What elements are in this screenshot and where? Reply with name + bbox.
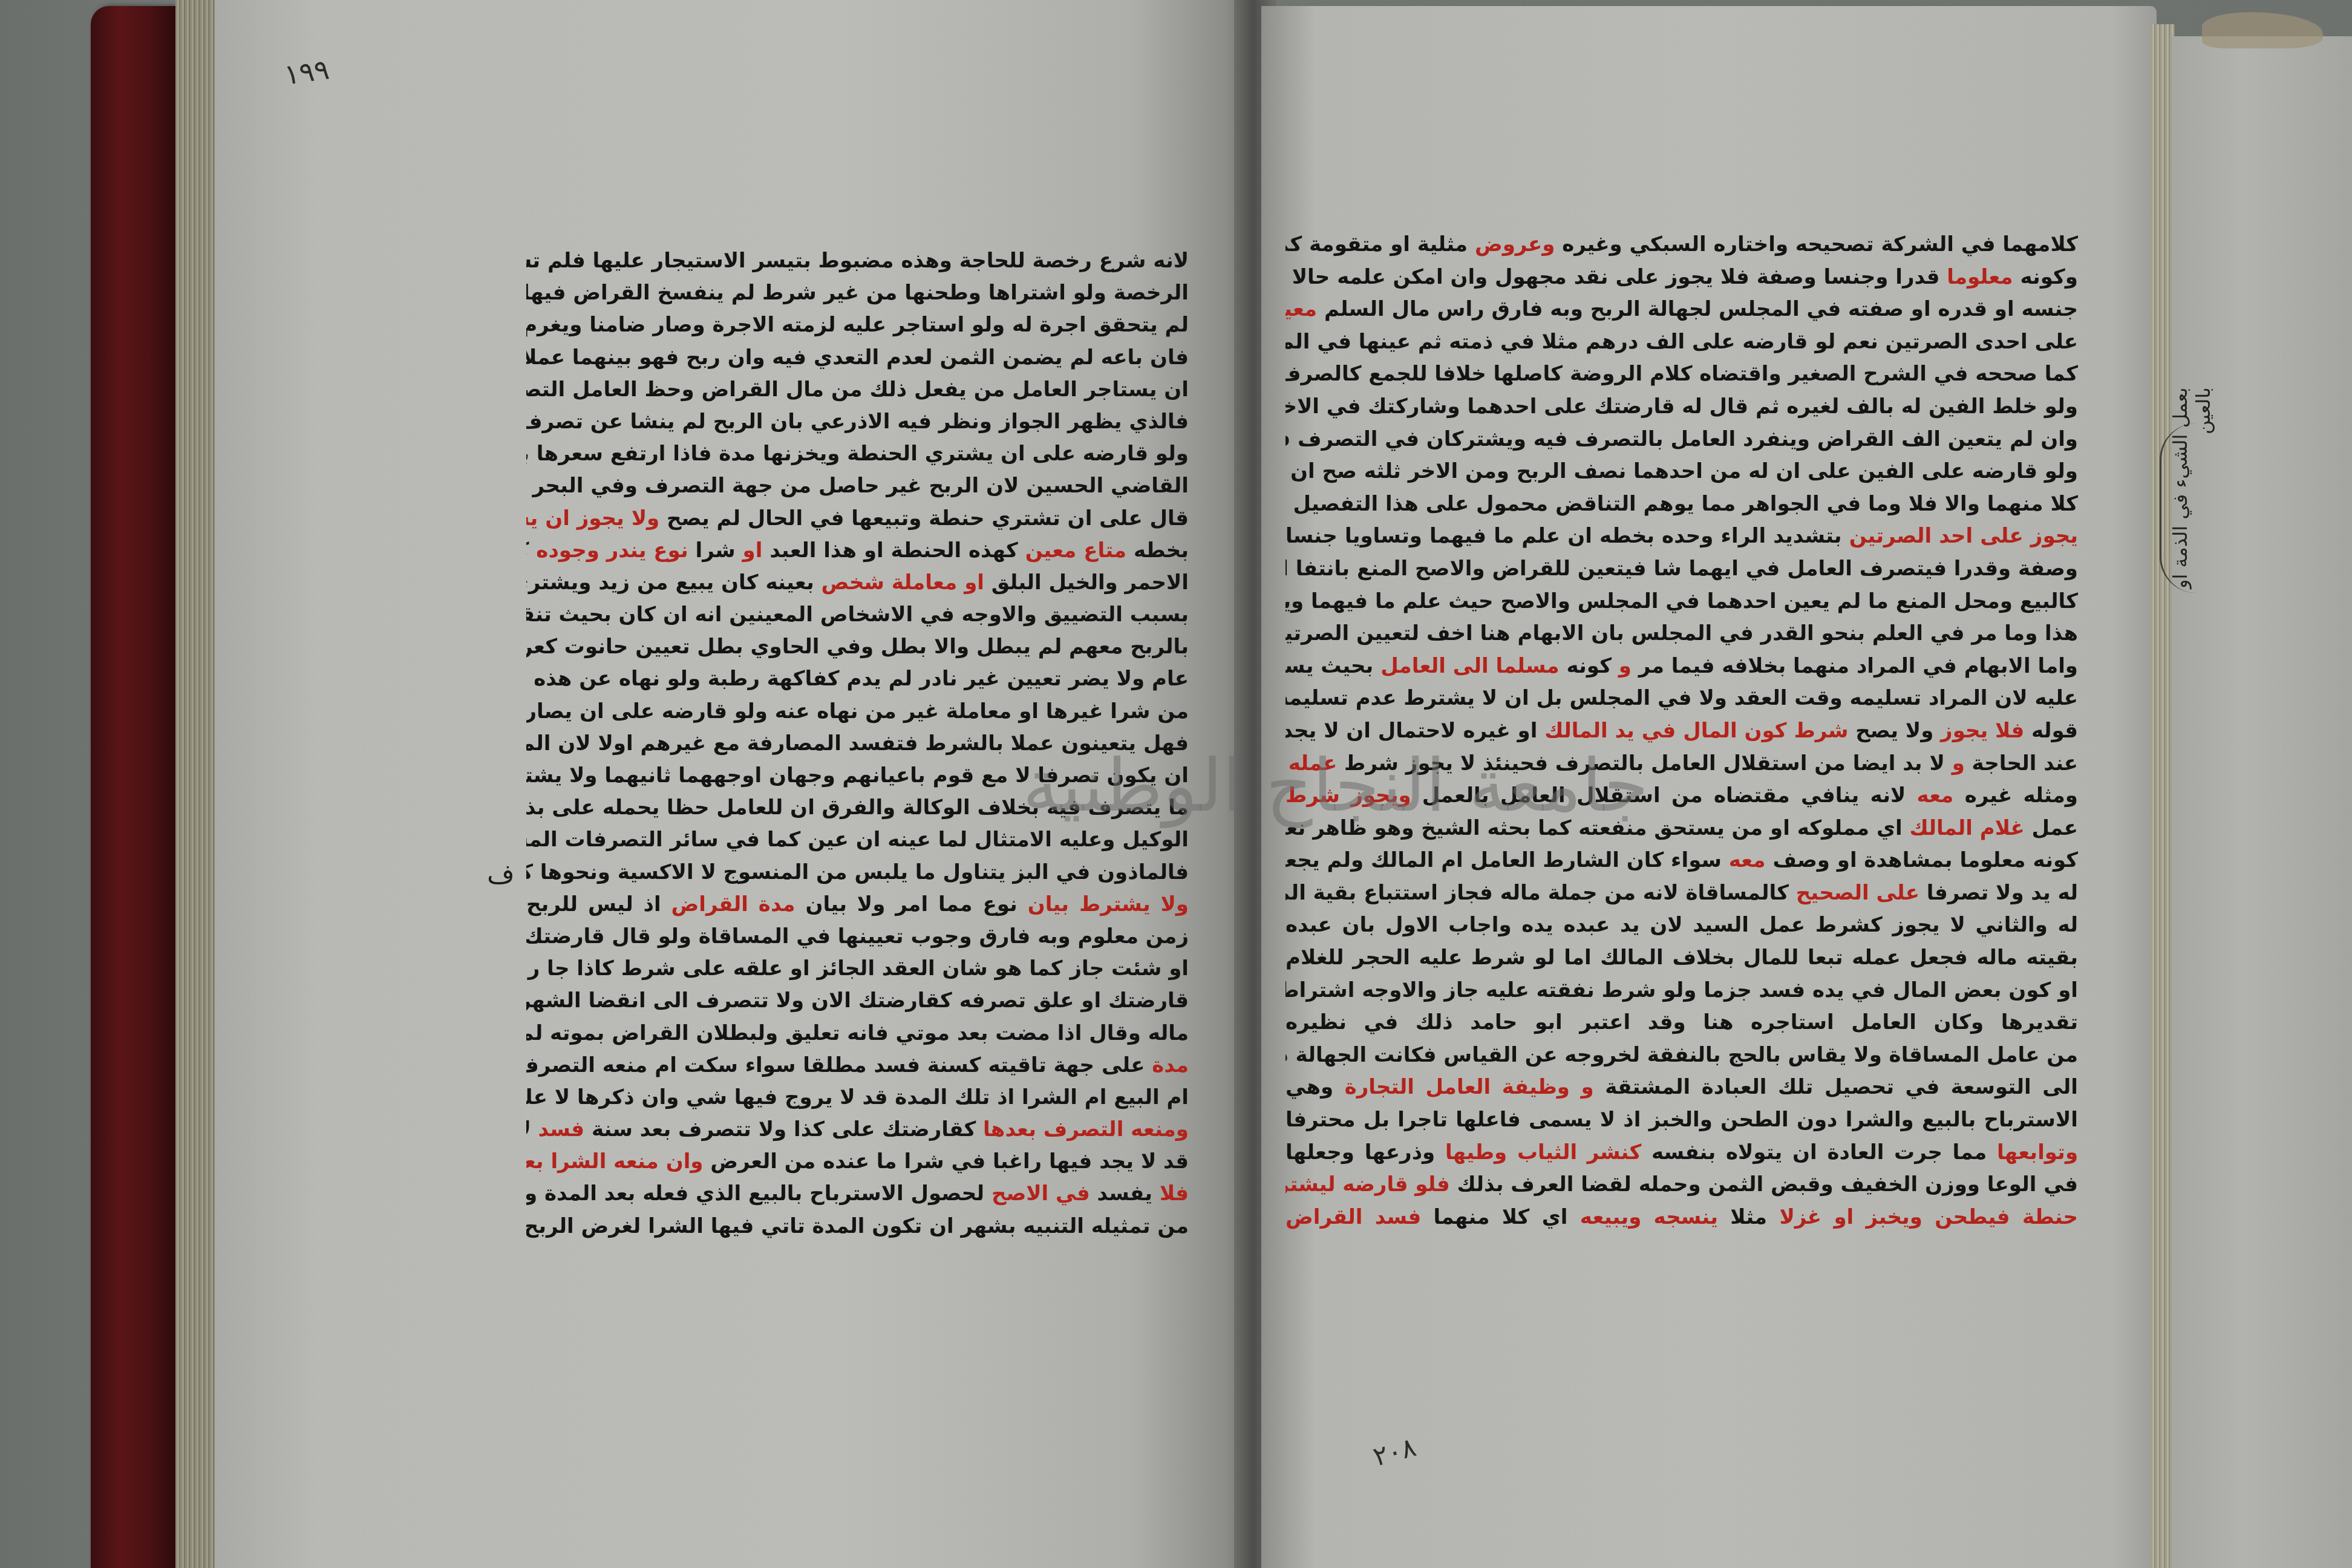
manuscript-line: قارضتك او علق تصرفه كقارضتك الان ولا تتص… [526,985,1189,1017]
body-text: قدرا وجنسا وصفة فلا يجوز على نقد مجهول و… [1285,265,1947,289]
manuscript-line: له والثاني لا يجوز كشرط عمل السيد لان يد… [1285,909,2078,942]
rubricated-text: في الاصح [991,1181,1090,1206]
rubricated-text: مدة [1152,1053,1189,1077]
manuscript-line: بخطه متاع معين كهذه الحنطة او هذا العبد … [526,535,1189,567]
body-text: وصفة وقدرا فيتصرف العامل في ايهما شا فيت… [1285,557,2078,581]
manuscript-line: زمن معلوم وبه فارق وجوب تعيينها في المسا… [526,921,1189,953]
rubricated-text: معلوما [1947,265,2013,289]
body-text: هذا وما مر في العلم بنحو القدر في المجلس… [1285,621,2078,645]
rubricated-text: و [1619,654,1632,678]
manuscript-line: ولو قارضه على الفين على ان له من احدهما … [1285,456,2078,488]
rubricated-text: كنشر الثياب وطيها [1445,1140,1641,1165]
body-text: ولا يصح [1848,719,1941,743]
body-text: قد لا يجد فيها راغبا في شرا ما عنده من ا… [704,1149,1189,1174]
body-text: على جهة تاقيته كسنة فسد مطلقا سواء سكت ا… [526,1053,1152,1077]
rubricated-text: وتوابعها [1997,1140,2078,1165]
folio-number-left: ١٩٩ [283,53,332,91]
rubricated-text: فسد [538,1117,585,1142]
rubricated-text: ولا يجوز ان يشترط عليه شرا [526,506,659,531]
body-text: كالبيع ومحل المنع ما لم يعين احدهما في ا… [1285,589,2078,613]
body-text: ومثله غيره [1953,783,2078,808]
manuscript-line: جنسه او قدره او صفته في المجلس لجهالة ال… [1285,293,2078,326]
body-text: الوكيل وعليه الامتثال لما عينه ان عين كم… [526,828,1189,852]
rubricated-text: او [743,538,763,563]
body-text: بقيته ماله فجعل عمله تبعا للمال بخلاف ال… [1285,946,2078,970]
rubricated-text: وان منعه الشرا بعدها [526,1149,704,1174]
body-text: جنسه او قدره او صفته في المجلس لجهالة ال… [1317,297,2078,321]
manuscript-line: الى التوسعة في تحصيل تلك العبادة المشتقة… [1285,1071,2078,1104]
manuscript-line: فان باعه لم يضمن الثمن لعدم التعدي فيه و… [526,342,1189,374]
body-text: مثلية او متقومة كما مر [1285,232,1475,256]
manuscript-line: القاضي الحسين لان الربح غير حاصل من جهة … [526,470,1189,502]
body-text: سواء كان الشارط العامل ام المالك ولم يجع… [1285,848,1729,872]
body-text: اي كلا منهما [1421,1205,1580,1229]
manuscript-line: قد لا يجد فيها راغبا في شرا ما عنده من ا… [526,1146,1189,1178]
body-text: كلامهما في الشركة تصحيحه واختاره السبكي … [1555,232,2078,256]
manuscript-line: حنطة فيطحن ويخبز او غزلا مثلا ينسجه ويبي… [1285,1201,2078,1234]
manuscript-line: الوكيل وعليه الامتثال لما عينه ان عين كم… [526,824,1189,856]
manuscript-line: على احدى الصرتين نعم لو قارضه على الف در… [1285,326,2078,359]
rubricated-text: ولا يشترط بيان [1028,892,1189,916]
manuscript-line: او كون بعض المال في يده فسد جزما ولو شرط… [1285,975,2078,1007]
rubricated-text: و [1581,1075,1594,1099]
manuscript-line: ولو خلط الفين له بالف لغيره ثم قال له قا… [1285,391,2078,423]
manuscript-line: ومنعه التصرف بعدها كقارضتك على كذا ولا ت… [526,1114,1189,1146]
rubricated-text: ومنعه التصرف بعدها [983,1117,1189,1142]
body-text: عمل [2025,816,2078,840]
body-text: واما الابهام في المراد منهما بخلافه فيما… [1632,654,2078,678]
body-text: عند الحاجة [1965,751,2078,776]
rubricated-text: غلام المالك [1910,816,2025,840]
body-text: كونه [1560,654,1619,678]
right-page-text-block: كلامهما في الشركة تصحيحه واختاره السبكي … [1285,229,2078,1233]
manuscript-line: بسبب التضييق والاوجه في الاشخاص المعينين… [526,599,1189,631]
rubricated-text: فلا [1160,1181,1189,1206]
rubricated-text: فلا يجوز [1941,719,2024,743]
manuscript-line: له يد ولا تصرفا على الصحيح كالمساقاة لان… [1285,877,2078,910]
body-text: بحيث يستقل بيده [1285,654,1380,678]
body-text: قوله [2024,719,2078,743]
body-text: كونه معلوما بمشاهدة او وصف [1766,848,2078,872]
manuscript-line: وصفة وقدرا فيتصرف العامل في ايهما شا فيت… [1285,553,2078,586]
body-text: لانه شرع رخصة للحاجة وهذه مضبوط بتيسر ال… [526,249,1189,273]
next-leaf [2172,36,2352,1568]
manuscript-line: واما الابهام في المراد منهما بخلافه فيما… [1285,650,2078,683]
body-text: وهي [1285,1075,1345,1099]
body-text: ام البيع ام الشرا اذ تلك المدة قد لا يرو… [526,1085,1189,1109]
rubricated-text: معه [1729,848,1766,872]
rubricated-text: و [1952,751,1965,776]
body-text: كلا منهما والا فلا وما في الجواهر مما يو… [1286,492,2078,516]
manuscript-line: كما صححه في الشرح الصغير واقتضاه كلام ال… [1285,358,2078,391]
manuscript-line: كونه معلوما بمشاهدة او وصف معه سواء كان … [1285,844,2078,877]
body-text: ولو خلط الفين له بالف لغيره ثم قال له قا… [1285,394,2078,419]
rubricated-text: معينا [1285,297,1317,321]
manuscript-line: قال على ان تشتري حنطة وتبيعها في الحال ل… [526,503,1189,535]
body-text: ولو قارضه على الفين على ان له من احدهما … [1285,459,2078,483]
body-text: او غيره لاحتمال ان لا يجده [1285,719,1544,743]
body-text: كالياقوت [526,538,536,563]
manuscript-line: هذا وما مر في العلم بنحو القدر في المجلس… [1285,618,2078,650]
body-text: من تمثيله التنبيه بشهر ان تكون المدة تات… [526,1214,1189,1238]
manuscript-line: مدة على جهة تاقيته كسنة فسد مطلقا سواء س… [526,1050,1189,1082]
manuscript-line: ولو قارضه على ان يشتري الحنطة ويخزنها مد… [526,438,1189,470]
manuscript-line: من عامل المساقاة ولا يقاس بالحج بالنفقة … [1285,1039,2078,1072]
manuscript-line: كلامهما في الشركة تصحيحه واختاره السبكي … [1285,229,2078,261]
manuscript-line: ان يستاجر العامل من يفعل ذلك من مال القر… [526,374,1189,406]
manuscript-line: بقيته ماله فجعل عمله تبعا للمال بخلاف ال… [1285,942,2078,975]
body-text: كقارضتك على كذا ولا تتصرف بعد سنة [584,1117,983,1142]
body-text: الرخصة ولو اشتراها وطحنها من غير شرط لم … [526,281,1189,305]
body-text: او كون بعض المال في يده فسد جزما ولو شرط… [1285,978,2078,1002]
manuscript-line: فلا يفسد في الاصح لحصول الاسترباح بالبيع… [526,1178,1189,1210]
manuscript-line: الاسترباح بالبيع والشرا دون الطحن والخبز… [1285,1104,2078,1137]
body-text: وذرعها وجعلها [1285,1140,1445,1165]
body-text: القاضي الحسين لان الربح غير حاصل من جهة … [526,474,1189,498]
rubricated-text: معه [1917,783,1954,808]
margin-mark-left: ف [487,859,515,890]
rubricated-text: على الصحيح [1796,881,1919,905]
body-text: يفسد [1090,1181,1160,1206]
body-text: بخطه [1126,538,1189,563]
body-text: له يد ولا تصرفا [1919,881,2078,905]
body-text: ان يستاجر العامل من يفعل ذلك من مال القر… [526,377,1189,402]
manuscript-line: او شئت جاز كما هو شان العقد الجائز او عل… [526,953,1189,985]
manuscript-line: كالبيع ومحل المنع ما لم يعين احدهما في ا… [1285,586,2078,618]
manuscript-line: ماله وقال اذا مضت بعد موتي فانه تعليق ول… [526,1018,1189,1050]
rubricated-text: او معاملة شخص [822,570,984,595]
manuscript-line: فالماذون في البز يتناول ما يلبس من المنس… [526,857,1189,889]
body-text: كهذه الحنطة او هذا العبد [762,538,1025,563]
manuscript-line: كلا منهما والا فلا وما في الجواهر مما يو… [1285,488,2078,521]
manuscript-line: قوله فلا يجوز ولا يصح شرط كون المال في ي… [1285,715,2078,748]
body-text: وان لم يتعين الف القراض وينفرد العامل با… [1285,427,2078,451]
body-text: على احدى الصرتين نعم لو قارضه على الف در… [1285,330,2078,354]
body-text: اذ ليس للربح [526,892,671,916]
body-text: الاحمر والخيل البلق [984,570,1189,595]
body-text: زمن معلوم وبه فارق وجوب تعيينها في المسا… [526,924,1189,949]
manuscript-line: الاحمر والخيل البلق او معاملة شخص بعينه … [526,567,1189,599]
manuscript-line: فالذي يظهر الجواز ونظر فيه الاذرعي بان ا… [526,406,1189,438]
manuscript-line: عليه لان المراد تسليمه وقت العقد ولا في … [1285,682,2078,715]
rubricated-text: مسلما الى العامل [1380,654,1559,678]
body-text: كما صححه في الشرح الصغير واقتضاه كلام ال… [1285,362,2078,386]
body-text: فان باعه لم يضمن الثمن لعدم التعدي فيه و… [526,345,1189,370]
body-text: عليه لان المراد تسليمه وقت العقد ولا في … [1285,686,2078,710]
body-text: ماله وقال اذا مضت بعد موتي فانه تعليق ول… [526,1021,1189,1045]
body-text: تقديرها وكان العامل استاجره هنا وقد اعتب… [1285,1010,2078,1034]
body-text: او شئت جاز كما هو شان العقد الجائز او عل… [526,956,1189,981]
manuscript-line: تقديرها وكان العامل استاجره هنا وقد اعتب… [1285,1007,2078,1039]
body-text: لم يتحقق اجرة له ولو استاجر عليه لزمته ا… [526,313,1189,337]
manuscript-line: عام ولا يضر تعيين غير نادر لم يدم كفاكهة… [526,663,1189,695]
manuscript-line: في الوعا ووزن الخفيف وقبض الثمن وحمله لق… [1285,1169,2078,1201]
body-text: من عامل المساقاة ولا يقاس بالحج بالنفقة … [1285,1043,2078,1067]
manuscript-line: لم يتحقق اجرة له ولو استاجر عليه لزمته ا… [526,309,1189,341]
body-text [1570,1075,1581,1099]
page-stack-edges-left [175,0,218,1568]
rubricated-text: يجوز على احد الصرتين [1849,524,2078,548]
body-text: بسبب التضييق والاوجه في الاشخاص المعينين… [526,603,1189,627]
body-text: كالمساقاة لانه من جملة ماله فجاز استتباع… [1285,881,1796,905]
manuscript-line: ولا يشترط بيان نوع مما امر ولا بيان مدة … [526,889,1189,921]
body-text: الى التوسعة في تحصيل تلك العبادة المشتقة [1594,1075,2078,1099]
body-text: من شرا غيرها او معاملة غير من نهاه عنه و… [526,699,1189,724]
book-back-cover [91,6,175,1568]
rubricated-text: حنطة فيطحن ويخبز او غزلا [1779,1205,2078,1229]
manuscript-line: وتوابعها مما جرت العادة ان يتولاه بنفسه … [1285,1137,2078,1169]
rubricated-text: ينسجه ويبيعه [1580,1205,1718,1229]
manuscript-line: وكونه معلوما قدرا وجنسا وصفة فلا يجوز عل… [1285,261,2078,294]
rubricated-text: شرط كون المال في يد المالك [1544,719,1848,743]
manuscript-line: الرخصة ولو اشتراها وطحنها من غير شرط لم … [526,277,1189,309]
body-text: فالماذون في البز يتناول ما يلبس من المنس… [526,860,1189,884]
margin-note: بعمل الشيء في الذمة او بالعين [2169,387,2241,605]
body-text: ولو قارضه على ان يشتري الحنطة ويخزنها مد… [526,442,1189,466]
body-text: نوع مما امر ولا بيان [795,892,1028,916]
page-stack-edges-right [2151,24,2175,1568]
manuscript-line: وان لم يتعين الف القراض وينفرد العامل با… [1285,423,2078,456]
manuscript-line: من شرا غيرها او معاملة غير من نهاه عنه و… [526,696,1189,728]
rubricated-text: فلو قارضه ليشتري [1285,1172,1450,1197]
body-text: قال على ان تشتري حنطة وتبيعها في الحال ل… [659,506,1189,531]
body-text: الاسترباح بالبيع والشرا دون الطحن والخبز… [1285,1108,2078,1132]
body-text: فالذي يظهر الجواز ونظر فيه الاذرعي بان ا… [526,410,1189,434]
body-text: في الوعا ووزن الخفيف وقبض الثمن وحمله لق… [1450,1172,2078,1197]
body-text: بالربح معهم لم يبطل والا بطل وفي الحاوي … [526,635,1189,659]
manuscript-line: ام البيع ام الشرا اذ تلك المدة قد لا يرو… [526,1082,1189,1114]
body-text: مما جرت العادة ان يتولاه بنفسه [1641,1140,1997,1165]
body-text: بتشديد الراء وحده بخطه ان علم ما فيهما و… [1285,524,1849,548]
body-text: له والثاني لا يجوز كشرط عمل السيد لان يد… [1285,913,2078,937]
manuscript-line: من تمثيله التنبيه بشهر ان تكون المدة تات… [526,1210,1189,1243]
body-text: شرا [688,538,743,563]
manuscript-line: بالربح معهم لم يبطل والا بطل وفي الحاوي … [526,631,1189,663]
body-text: لانه [526,1117,538,1142]
rubricated-text: نوع يندر وجوده [536,538,688,563]
watermark: جامعة النجاح الوطنية [1022,744,1648,828]
manuscript-line: لانه شرع رخصة للحاجة وهذه مضبوط بتيسر ال… [526,245,1189,277]
rubricated-text: فسد القراض [1285,1205,1421,1229]
rubricated-text: مدة القراض [671,892,795,916]
body-text: وكونه [2013,265,2078,289]
body-text: عام ولا يضر تعيين غير نادر لم يدم كفاكهة… [526,667,1189,691]
body-text: مثلا [1718,1205,1779,1229]
rubricated-text: متاع معين [1025,538,1126,563]
manuscript-line: يجوز على احد الصرتين بتشديد الراء وحده ب… [1285,520,2078,553]
body-text: بعينه كان يبيع من زيد ويشتري منه خلافا ل… [526,570,822,595]
body-text: لحصول الاسترباح بالبيع الذي فعله بعد الم… [526,1181,991,1206]
rubricated-text: وظيفة العامل التجارة [1345,1075,1570,1099]
body-text: قارضتك او علق تصرفه كقارضتك الان ولا تتص… [526,988,1189,1013]
rubricated-text: وعروض [1475,232,1555,256]
